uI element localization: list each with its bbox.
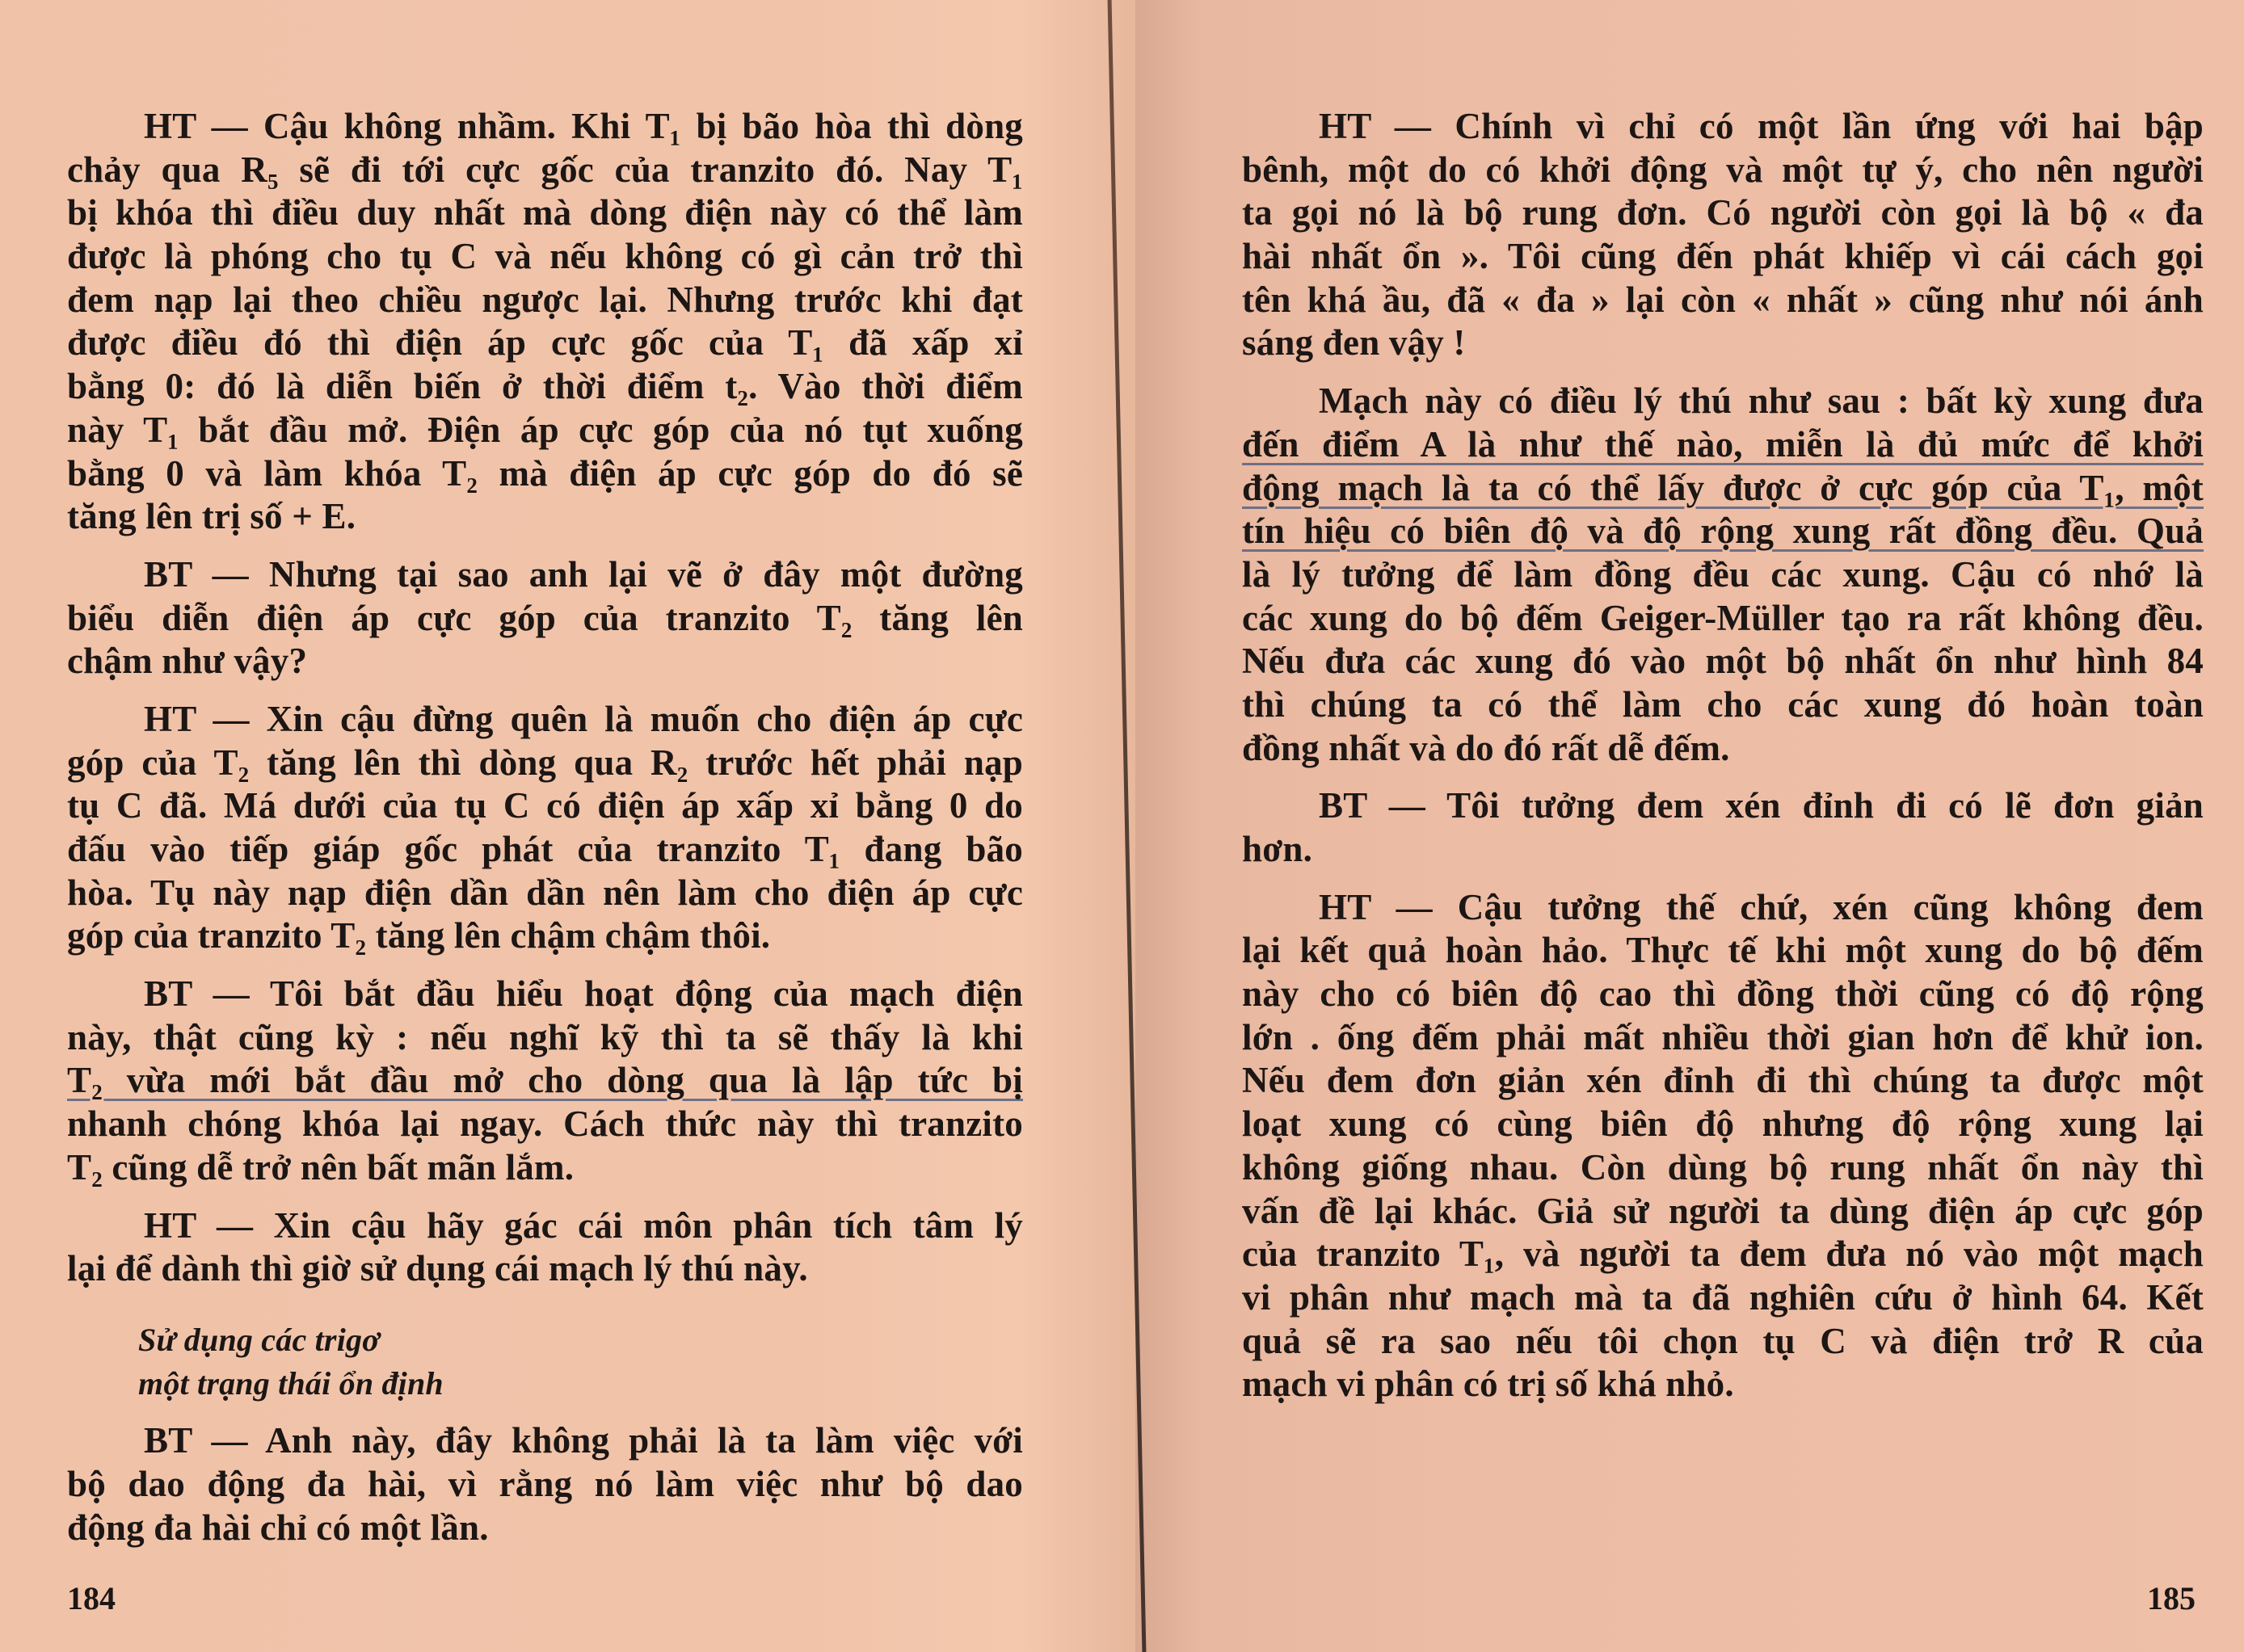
text-line: tên khá ầu, đã « đa » lại còn « nhất » c… xyxy=(1242,279,2204,322)
text-line-underlined: đến điểm A là như thế nào, miễn là đủ mứ… xyxy=(1242,423,2204,467)
paragraph-ht-5: HT — Cậu tưởng thế chứ, xén cũng không đ… xyxy=(1242,886,2204,1406)
text-line: HT — Xin cậu hãy gác cái môn phân tích t… xyxy=(67,1204,1023,1248)
text-line-underlined: tín hiệu có biên độ và độ rộng xung rất … xyxy=(1242,510,2204,553)
text-line: BT — Tôi tưởng đem xén đỉnh đi có lẽ đơn… xyxy=(1242,784,2204,828)
text-line: bằng 0: đó là diễn biến ở thời điểm t₂. … xyxy=(67,365,1023,409)
right-page-text: HT — Chính vì chỉ có một lần ứng với hai… xyxy=(1242,105,2204,1406)
text-line: Nếu đưa các xung đó vào một bộ nhất ổn n… xyxy=(1242,640,2204,683)
text-line: bộ dao động đa hài, vì rằng nó làm việc … xyxy=(67,1463,1023,1507)
text-line: bị khóa thì điều duy nhất mà dòng điện n… xyxy=(67,191,1023,235)
text-line: quả sẽ ra sao nếu tôi chọn tụ C và điện … xyxy=(1242,1320,2204,1364)
text-line: vấn đề lại khác. Giả sử người ta dùng đi… xyxy=(1242,1190,2204,1234)
heading-line: một trạng thái ổn định xyxy=(67,1362,1023,1406)
text-line: thì chúng ta có thể làm cho các xung đó … xyxy=(1242,683,2204,727)
text-line: bằng 0 và làm khóa T₂ mà điện áp cực góp… xyxy=(67,452,1023,496)
text-line: này T₁ bắt đầu mở. Điện áp cực góp của n… xyxy=(67,409,1023,452)
text-line: Mạch này có điều lý thú như sau : bất kỳ… xyxy=(1242,380,2204,423)
text-line: vi phân như mạch mà ta đã nghiên cứu ở h… xyxy=(1242,1276,2204,1320)
left-page-text: HT — Cậu không nhầm. Khi T₁ bị bão hòa t… xyxy=(67,105,1023,1549)
text-line: của tranzito T₁, và người ta đem đưa nó … xyxy=(1242,1233,2204,1276)
paragraph-bt-4: BT — Tôi tưởng đem xén đỉnh đi có lẽ đơn… xyxy=(1242,784,2204,871)
text-line: hài nhất ổn ». Tôi cũng đến phát khiếp v… xyxy=(1242,235,2204,279)
text-line: BT — Anh này, đây không phải là ta làm v… xyxy=(67,1419,1023,1463)
text-line-underlined: này, thật cũng kỳ : nếu nghĩ kỹ thì ta s… xyxy=(67,1016,1023,1060)
paragraph-bt-3: BT — Anh này, đây không phải là ta làm v… xyxy=(67,1419,1023,1549)
text-line: biểu diễn điện áp cực góp của tranzito T… xyxy=(67,597,1023,641)
text-line: góp của T₂ tăng lên thì dòng qua R₂ trướ… xyxy=(67,742,1023,785)
text-line: sáng đen vậy ! xyxy=(1242,322,2204,365)
text-line: được điều đó thì điện áp cực gốc của T₁ … xyxy=(67,322,1023,365)
text-line: các xung do bộ đếm Geiger-Müller tạo ra … xyxy=(1242,597,2204,641)
text-line: chậm như vậy? xyxy=(67,640,1023,683)
text-line-underlined: động mạch là ta có thể lấy được ở cực gó… xyxy=(1242,467,2204,511)
text-line: tăng lên trị số + E. xyxy=(67,495,1023,539)
text-line: bênh, một do có khởi động và một tự ý, c… xyxy=(1242,149,2204,192)
text-line: đấu vào tiếp giáp gốc phát của tranzito … xyxy=(67,828,1023,872)
text-line: động đa hài chỉ có một lần. xyxy=(67,1507,1023,1550)
text-line: hòa. Tụ này nạp điện dần dần nên làm cho… xyxy=(67,872,1023,915)
text-line: HT — Xin cậu đừng quên là muốn cho điện … xyxy=(67,698,1023,742)
text-line: BT — Nhưng tại sao anh lại vẽ ở đây một … xyxy=(67,553,1023,597)
text-line: lại để dành thì giờ sử dụng cái mạch lý … xyxy=(67,1247,1023,1291)
text-line: ta gọi nó là bộ rung đơn. Có người còn g… xyxy=(1242,191,2204,235)
text-line: góp của tranzito T₂ tăng lên chậm chậm t… xyxy=(67,914,1023,958)
text-line: lại kết quả hoàn hảo. Thực tế khi một xu… xyxy=(1242,929,2204,973)
text-line: hơn. xyxy=(1242,828,2204,872)
heading-line: Sử dụng các trigơ xyxy=(67,1318,1023,1362)
text-line: này cho có biên độ cao thì đồng thời cũn… xyxy=(1242,973,2204,1016)
text-line: là lý tưởng để làm đồng đều các xung. Cậ… xyxy=(1242,553,2204,597)
paragraph-ht-2: HT — Xin cậu đừng quên là muốn cho điện … xyxy=(67,698,1023,958)
text-line: HT — Chính vì chỉ có một lần ứng với hai… xyxy=(1242,105,2204,149)
text-line: T₂ cũng dễ trở nên bất mãn lắm. xyxy=(67,1146,1023,1190)
page-number-right: 185 xyxy=(2147,1579,2196,1617)
paragraph-ht-1: HT — Cậu không nhầm. Khi T₁ bị bão hòa t… xyxy=(67,105,1023,539)
text-line-underlined: nhanh chóng khóa lại ngay. Cách thức này… xyxy=(67,1103,1023,1146)
text-line: đem nạp lại theo chiều ngược lại. Nhưng … xyxy=(67,279,1023,322)
text-line: loạt xung có cùng biên độ nhưng độ rộng … xyxy=(1242,1103,2204,1146)
paragraph-ht-3: HT — Xin cậu hãy gác cái môn phân tích t… xyxy=(67,1204,1023,1291)
paragraph-bt-1: BT — Nhưng tại sao anh lại vẽ ở đây một … xyxy=(67,553,1023,683)
text-line: được là phóng cho tụ C và nếu không có g… xyxy=(67,235,1023,279)
text-line: lớn . ống đếm phải mất nhiều thời gian h… xyxy=(1242,1016,2204,1060)
text-line: BT — Tôi bắt đầu hiểu hoạt động của mạch… xyxy=(67,973,1023,1016)
text-line: đồng nhất và do đó rất dễ đếm. xyxy=(1242,727,2204,771)
text-line: không giống nhau. Còn dùng bộ rung nhất … xyxy=(1242,1146,2204,1190)
paragraph-bt-2: BT — Tôi bắt đầu hiểu hoạt động của mạch… xyxy=(67,973,1023,1189)
text-line: HT — Cậu không nhầm. Khi T₁ bị bão hòa t… xyxy=(67,105,1023,149)
section-heading: Sử dụng các trigơ một trạng thái ổn định xyxy=(67,1318,1023,1405)
text-line: chảy qua R₅ sẽ đi tới cực gốc của tranzi… xyxy=(67,149,1023,192)
text-line: mạch vi phân có trị số khá nhỏ. xyxy=(1242,1363,2204,1406)
text-line: tụ C đã. Má dưới của tụ C có điện áp xấp… xyxy=(67,784,1023,828)
text-line: Nếu đem đơn giản xén đỉnh đi thì chúng t… xyxy=(1242,1059,2204,1103)
text-line-underlined: T₂ vừa mới bắt đầu mở cho dòng qua là lậ… xyxy=(67,1059,1023,1103)
text-line: HT — Cậu tưởng thế chứ, xén cũng không đ… xyxy=(1242,886,2204,930)
page-number-left: 184 xyxy=(67,1579,116,1617)
paragraph-narration: Mạch này có điều lý thú như sau : bất kỳ… xyxy=(1242,380,2204,770)
paragraph-ht-4: HT — Chính vì chỉ có một lần ứng với hai… xyxy=(1242,105,2204,365)
